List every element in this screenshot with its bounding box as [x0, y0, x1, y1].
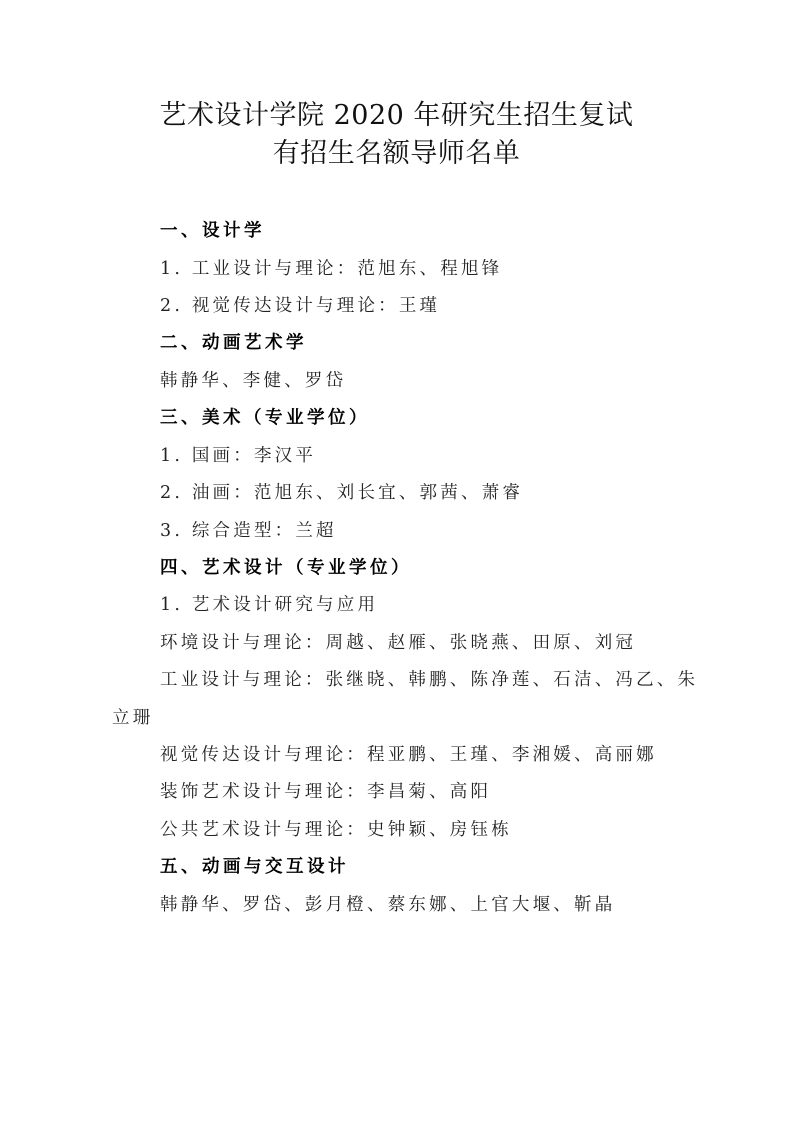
section-heading-fine-arts: 三、美术（专业学位）: [160, 406, 370, 430]
list-item: 1. 国画：李汉平: [160, 444, 316, 468]
section-heading-animation-art: 二、动画艺术学: [160, 331, 307, 355]
list-item: 装饰艺术设计与理论：李昌菊、高阳: [160, 780, 491, 804]
document-page: 艺术设计学院 2020 年研究生招生复试 有招生名额导师名单 一、设计学 1. …: [0, 0, 793, 1122]
list-item: 环境设计与理论：周越、赵雁、张晓燕、田原、刘冠: [160, 631, 636, 655]
section-heading-art-design: 四、艺术设计（专业学位）: [160, 556, 412, 580]
document-title-line-2: 有招生名额导师名单: [0, 136, 793, 172]
document-title-line-1: 艺术设计学院 2020 年研究生招生复试: [0, 98, 793, 134]
list-item-continuation: 立珊: [112, 706, 153, 730]
list-item: 工业设计与理论：张继晓、韩鹏、陈净莲、石洁、冯乙、朱: [160, 668, 698, 692]
list-item: 2. 视觉传达设计与理论：王瑾: [160, 294, 440, 318]
list-item: 韩静华、罗岱、彭月橙、蔡东娜、上官大堰、靳晶: [160, 893, 615, 917]
list-item: 3. 综合造型：兰超: [160, 519, 337, 543]
list-item: 视觉传达设计与理论：程亚鹏、王瑾、李湘媛、高丽娜: [160, 743, 657, 767]
list-item: 1. 工业设计与理论：范旭东、程旭锋: [160, 257, 502, 281]
section-heading-design: 一、设计学: [160, 219, 265, 243]
list-item: 1. 艺术设计研究与应用: [160, 593, 378, 617]
list-item: 2. 油画：范旭东、刘长宜、郭茜、萧睿: [160, 481, 523, 505]
list-item: 韩静华、李健、罗岱: [160, 369, 346, 393]
section-heading-animation-interaction: 五、动画与交互设计: [160, 855, 349, 879]
list-item: 公共艺术设计与理论：史钟颖、房钰栋: [160, 818, 512, 842]
